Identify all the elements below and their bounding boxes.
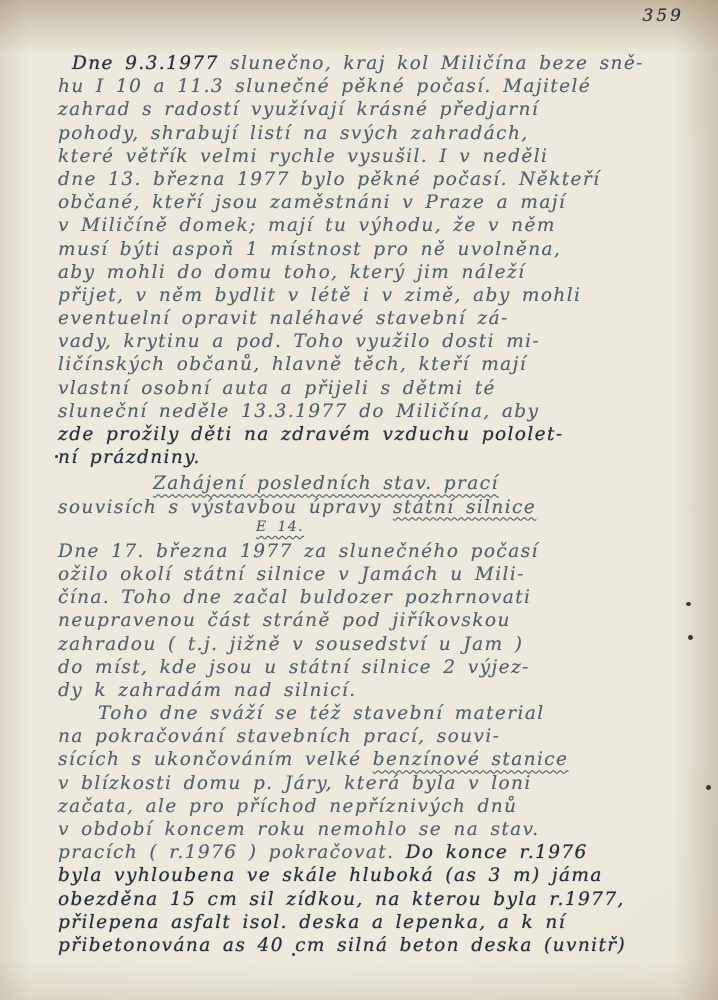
handwritten-text-body: Dne 9.3.1977 slunečno, kraj kol Miličína… bbox=[58, 52, 700, 957]
underlined-text: E 14. bbox=[256, 519, 304, 535]
handwriting-text: zde prožily děti na zdravém vzduchu polo… bbox=[58, 424, 564, 445]
ink-speck bbox=[292, 953, 295, 956]
handwritten-line: musí býti aspoň 1 místnost pro ně uvolně… bbox=[58, 238, 700, 261]
handwritten-line: obezděna 15 cm sil zídkou, na kterou byl… bbox=[58, 888, 700, 911]
section-heading: Zahájení posledních stav. pracísouvisích… bbox=[58, 472, 700, 537]
handwritten-line: Dne 9.3.1977 slunečno, kraj kol Miličína… bbox=[58, 52, 700, 75]
handwriting-text: přibetonována as 40 cm silná beton deska… bbox=[58, 935, 626, 956]
handwritten-line: zahrad s radostí využívají krásné předja… bbox=[58, 98, 700, 121]
handwriting-text: vlastní osobní auta a přijeli s dětmi té bbox=[58, 378, 496, 399]
handwritten-line: eventuelní opravit naléhavé stavební zá- bbox=[58, 307, 700, 330]
handwriting-text: neupravenou část stráně pod jiříkovskou bbox=[58, 610, 511, 631]
handwritten-line: ní prázdniny. bbox=[58, 446, 700, 469]
handwriting-text: musí býti aspoň 1 místnost pro ně uvolně… bbox=[58, 239, 561, 260]
handwritten-line: občané, kteří jsou zaměstnáni v Praze a … bbox=[58, 191, 700, 214]
handwriting-text: ní prázdniny. bbox=[58, 447, 201, 468]
underlined-text: Zahájení posledních stav. prací bbox=[153, 473, 499, 494]
handwritten-line: dne 13. března 1977 bylo pěkné počasí. N… bbox=[58, 168, 700, 191]
ink-speck bbox=[688, 635, 693, 640]
handwriting-text: sluneční neděle 13.3.1977 do Miličína, a… bbox=[58, 401, 539, 422]
handwriting-text: v období koncem roku nemohlo se na stav. bbox=[58, 819, 540, 840]
underlined-text: benzínové stanice bbox=[373, 749, 569, 770]
handwriting-text: byla vyhloubena ve skále hluboká (as 3 m… bbox=[58, 865, 603, 886]
handwritten-line: v Miličíně domek; mají tu výhodu, že v n… bbox=[58, 214, 700, 237]
handwriting-text: Do konce r.1976 bbox=[406, 842, 588, 863]
handwriting-text: zahradou ( t.j. jižně v sousedství u Jam… bbox=[58, 634, 523, 655]
page-number: 359 bbox=[643, 6, 684, 26]
handwritten-line: Toho dne sváží se též stavební material bbox=[58, 702, 700, 725]
handwriting-text: Toho dne sváží se též stavební material bbox=[98, 703, 545, 724]
ink-speck bbox=[55, 455, 58, 458]
handwriting-text: v Miličíně domek; mají tu výhodu, že v n… bbox=[58, 215, 556, 236]
handwritten-line: neupravenou část stráně pod jiříkovskou bbox=[58, 609, 700, 632]
handwritten-line: které větřík velmi rychle vysušil. I v n… bbox=[58, 145, 700, 168]
handwriting-text: sících s ukončováním velké bbox=[58, 749, 373, 770]
handwritten-line: v blízkosti domu p. Járy, která byla v l… bbox=[58, 772, 700, 795]
handwriting-text: eventuelní opravit naléhavé stavební zá- bbox=[58, 308, 509, 329]
handwriting-text: Dne 17. března 1977 za slunečného počasí bbox=[58, 541, 539, 562]
handwritten-line: do míst, kde jsou u státní silnice 2 výj… bbox=[58, 656, 700, 679]
handwriting-text: obezděna 15 cm sil zídkou, na kterou byl… bbox=[58, 889, 625, 910]
handwritten-line: ožilo okolí státní silnice v Jamách u Mi… bbox=[58, 563, 700, 586]
handwriting-text: aby mohli do domu toho, který jim náleží bbox=[58, 262, 525, 283]
underlined-text: státní silnice bbox=[393, 497, 536, 518]
handwriting-text: do míst, kde jsou u státní silnice 2 výj… bbox=[58, 657, 530, 678]
handwritten-line: pracích ( r.1976 ) pokračovat. Do konce … bbox=[58, 841, 700, 864]
handwritten-line: přibetonována as 40 cm silná beton deska… bbox=[58, 934, 700, 957]
handwritten-line: přijet, v něm bydlit v létě i v zimě, ab… bbox=[58, 284, 700, 307]
handwriting-text: které větřík velmi rychle vysušil. I v n… bbox=[58, 146, 548, 167]
handwriting-text: zahrad s radostí využívají krásné předja… bbox=[58, 99, 539, 120]
handwritten-line: na pokračování stavebních prací, souvi- bbox=[58, 725, 700, 748]
paragraph: Toho dne sváží se též stavební materialn… bbox=[58, 702, 700, 957]
handwritten-line: sících s ukončováním velké benzínové sta… bbox=[58, 748, 700, 771]
ink-speck bbox=[686, 602, 691, 606]
handwritten-line: ličínských občanů, hlavně těch, kteří ma… bbox=[58, 353, 700, 376]
handwritten-line: zahradou ( t.j. jižně v sousedství u Jam… bbox=[58, 633, 700, 656]
chronicle-page-scan: 359 Dne 9.3.1977 slunečno, kraj kol Mili… bbox=[0, 0, 718, 1000]
paragraph: Dne 9.3.1977 slunečno, kraj kol Miličína… bbox=[58, 52, 700, 469]
handwritten-line: souvisích s výstavbou úpravy státní siln… bbox=[58, 496, 700, 519]
handwriting-text: čína. Toho dne začal buldozer pozhrnovat… bbox=[58, 587, 531, 608]
handwriting-text: občané, kteří jsou zaměstnáni v Praze a … bbox=[58, 192, 566, 213]
handwriting-text: začata, ale pro příchod nepříznivých dnů bbox=[58, 796, 517, 817]
paragraph: Dne 17. března 1977 za slunečného počasí… bbox=[58, 540, 700, 702]
handwritten-line: dy k zahradám nad silnicí. bbox=[58, 679, 700, 702]
handwritten-line: v období koncem roku nemohlo se na stav. bbox=[58, 818, 700, 841]
handwriting-text: přilepena asfalt isol. deska a lepenka, … bbox=[58, 912, 566, 933]
handwritten-line: vady, krytinu a pod. Toho využilo dosti … bbox=[58, 330, 700, 353]
handwriting-text: ožilo okolí státní silnice v Jamách u Mi… bbox=[58, 564, 525, 585]
handwritten-line: vlastní osobní auta a přijeli s dětmi té bbox=[58, 377, 700, 400]
handwritten-line: Zahájení posledních stav. prací bbox=[58, 472, 700, 495]
handwritten-line: byla vyhloubena ve skále hluboká (as 3 m… bbox=[58, 864, 700, 887]
handwriting-text: přijet, v něm bydlit v létě i v zimě, ab… bbox=[58, 285, 581, 306]
handwritten-line: čína. Toho dne začal buldozer pozhrnovat… bbox=[58, 586, 700, 609]
handwritten-line: aby mohli do domu toho, který jim náleží bbox=[58, 261, 700, 284]
handwritten-line: hu I 10 a 11.3 slunečné pěkné počasí. Ma… bbox=[58, 75, 700, 98]
handwriting-text: ličínských občanů, hlavně těch, kteří ma… bbox=[58, 354, 527, 375]
handwriting-text: na pokračování stavebních prací, souvi- bbox=[58, 726, 500, 747]
handwritten-line: začata, ale pro příchod nepříznivých dnů bbox=[58, 795, 700, 818]
handwritten-line: zde prožily děti na zdravém vzduchu polo… bbox=[58, 423, 700, 446]
handwriting-text: pracích ( r.1976 ) pokračovat. bbox=[58, 842, 406, 863]
handwriting-text: pohody, shrabují listí na svých zahradác… bbox=[58, 123, 529, 144]
handwriting-text: slunečno, kraj kol Miličína beze sně- bbox=[230, 53, 644, 74]
handwriting-text: souvisích s výstavbou úpravy bbox=[58, 497, 393, 518]
handwriting-text: v blízkosti domu p. Járy, která byla v l… bbox=[58, 773, 532, 794]
handwriting-text: hu I 10 a 11.3 slunečné pěkné počasí. Ma… bbox=[58, 76, 591, 97]
handwriting-text: Dne 9.3.1977 bbox=[72, 53, 230, 74]
handwritten-line: E 14. bbox=[58, 519, 700, 538]
handwriting-text: vady, krytinu a pod. Toho využilo dosti … bbox=[58, 331, 540, 352]
handwriting-text: dy k zahradám nad silnicí. bbox=[58, 680, 357, 701]
ink-speck bbox=[706, 785, 711, 790]
handwritten-line: Dne 17. března 1977 za slunečného počasí bbox=[58, 540, 700, 563]
handwritten-line: pohody, shrabují listí na svých zahradác… bbox=[58, 122, 700, 145]
handwriting-text: dne 13. března 1977 bylo pěkné počasí. N… bbox=[58, 169, 600, 190]
handwritten-line: sluneční neděle 13.3.1977 do Miličína, a… bbox=[58, 400, 700, 423]
handwritten-line: přilepena asfalt isol. deska a lepenka, … bbox=[58, 911, 700, 934]
